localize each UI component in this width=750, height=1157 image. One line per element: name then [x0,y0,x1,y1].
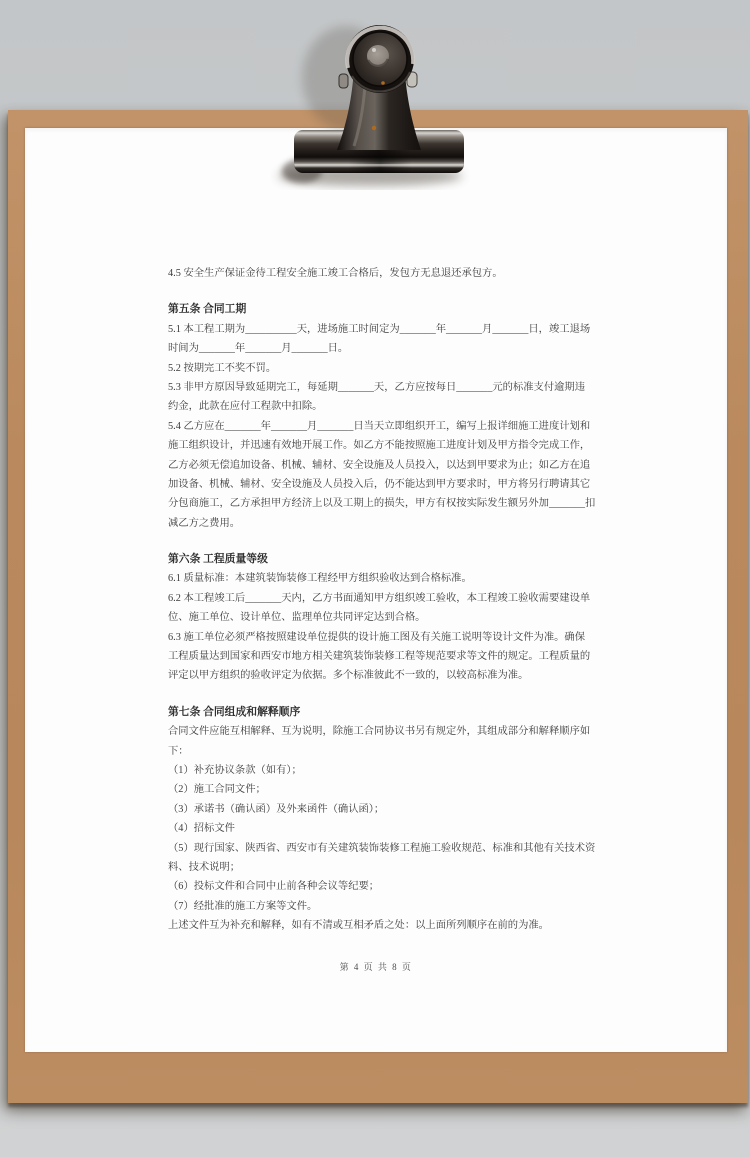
contract-line: 分包商施工，乙方承担甲方经济上以及工期上的损失，甲方有权按实际发生额另外加___… [168,494,598,513]
contract-line: 乙方必须无偿追加设备、机械、辅材、安全设施及人员投入，以达到甲要求为止；如乙方在… [168,456,598,475]
contract-line: 下： [168,742,598,761]
section-heading: 第六条 工程质量等级 [168,550,598,569]
contract-line: 6.3 施工单位必须严格按照建设单位提供的设计施工图及有关施工说明等设计文件为准… [168,628,598,647]
contract-line: （2）施工合同文件； [168,780,598,799]
contract-line: （1）补充协议条款（如有）； [168,761,598,780]
photo-background: 4.5 安全生产保证金待工程安全施工竣工合格后，发包方无息退还承包方。第五条 合… [0,0,750,1157]
contract-line: 合同文件应能互相解释、互为说明，除施工合同协议书另有规定外，其组成部分和解释顺序… [168,722,598,741]
contract-line: 减乙方之费用。 [168,514,598,533]
contract-line: 约金，此款在应付工程款中扣除。 [168,397,598,416]
section-heading: 第七条 合同组成和解释顺序 [168,703,598,722]
contract-page: 4.5 安全生产保证金待工程安全施工竣工合格后，发包方无息退还承包方。第五条 合… [25,128,727,1052]
section-gap [168,686,598,703]
contract-line: 加设备、机械、辅材、安全设施及人员投入后，仍不能达到甲方要求时，甲方将另行聘请其… [168,475,598,494]
contract-line: 工程质量达到国家和西安市地方相关建筑装饰装修工程等规范要求等文件的规定。工程质量… [168,647,598,666]
section-gap [168,283,598,300]
document-body: 4.5 安全生产保证金待工程安全施工竣工合格后，发包方无息退还承包方。第五条 合… [168,264,598,936]
contract-line: （6）投标文件和合同中止前各种会议等纪要； [168,877,598,896]
contract-line: 5.4 乙方应在_______年_______月_______日当天立即组织开工… [168,417,598,436]
contract-line: （5）现行国家、陕西省、西安市有关建筑装饰装修工程施工验收规范、标准和其他有关技… [168,839,598,858]
page-number: 第 4 页 共 8 页 [25,960,727,973]
binder-clip-icon [270,6,490,190]
contract-line: 施工组织设计，并迅速有效地开展工作。如乙方不能按照施工进度计划及甲方指令完成工作… [168,436,598,455]
contract-line: 料、技术说明； [168,858,598,877]
section-heading: 第五条 合同工期 [168,300,598,319]
contract-line: 时间为_______年_______月_______日。 [168,339,598,358]
section-gap [168,533,598,550]
contract-line: 4.5 安全生产保证金待工程安全施工竣工合格后，发包方无息退还承包方。 [168,264,598,283]
contract-line: （4）招标文件 [168,819,598,838]
contract-line: 6.1 质量标准：本建筑装饰装修工程经甲方组织验收达到合格标准。 [168,569,598,588]
contract-line: 位、施工单位、设计单位、监理单位共同评定达到合格。 [168,608,598,627]
contract-line: 5.2 按期完工不奖不罚。 [168,359,598,378]
contract-line: 5.3 非甲方原因导致延期完工，每延期_______天，乙方应按每日______… [168,378,598,397]
contract-line: （3）承诺书（确认函）及外来函件（确认函）； [168,800,598,819]
contract-line: 上述文件互为补充和解释，如有不清或互相矛盾之处：以上面所列顺序在前的为准。 [168,916,598,935]
contract-line: 6.2 本工程竣工后_______天内，乙方书面通知甲方组织竣工验收，本工程竣工… [168,589,598,608]
contract-line: 5.1 本工程工期为__________天，进场施工时间定为_______年__… [168,320,598,339]
contract-line: 评定以甲方组织的验收评定为依据。多个标准彼此不一致的，以较高标准为准。 [168,666,598,685]
contract-line: （7）经批准的施工方案等文件。 [168,897,598,916]
